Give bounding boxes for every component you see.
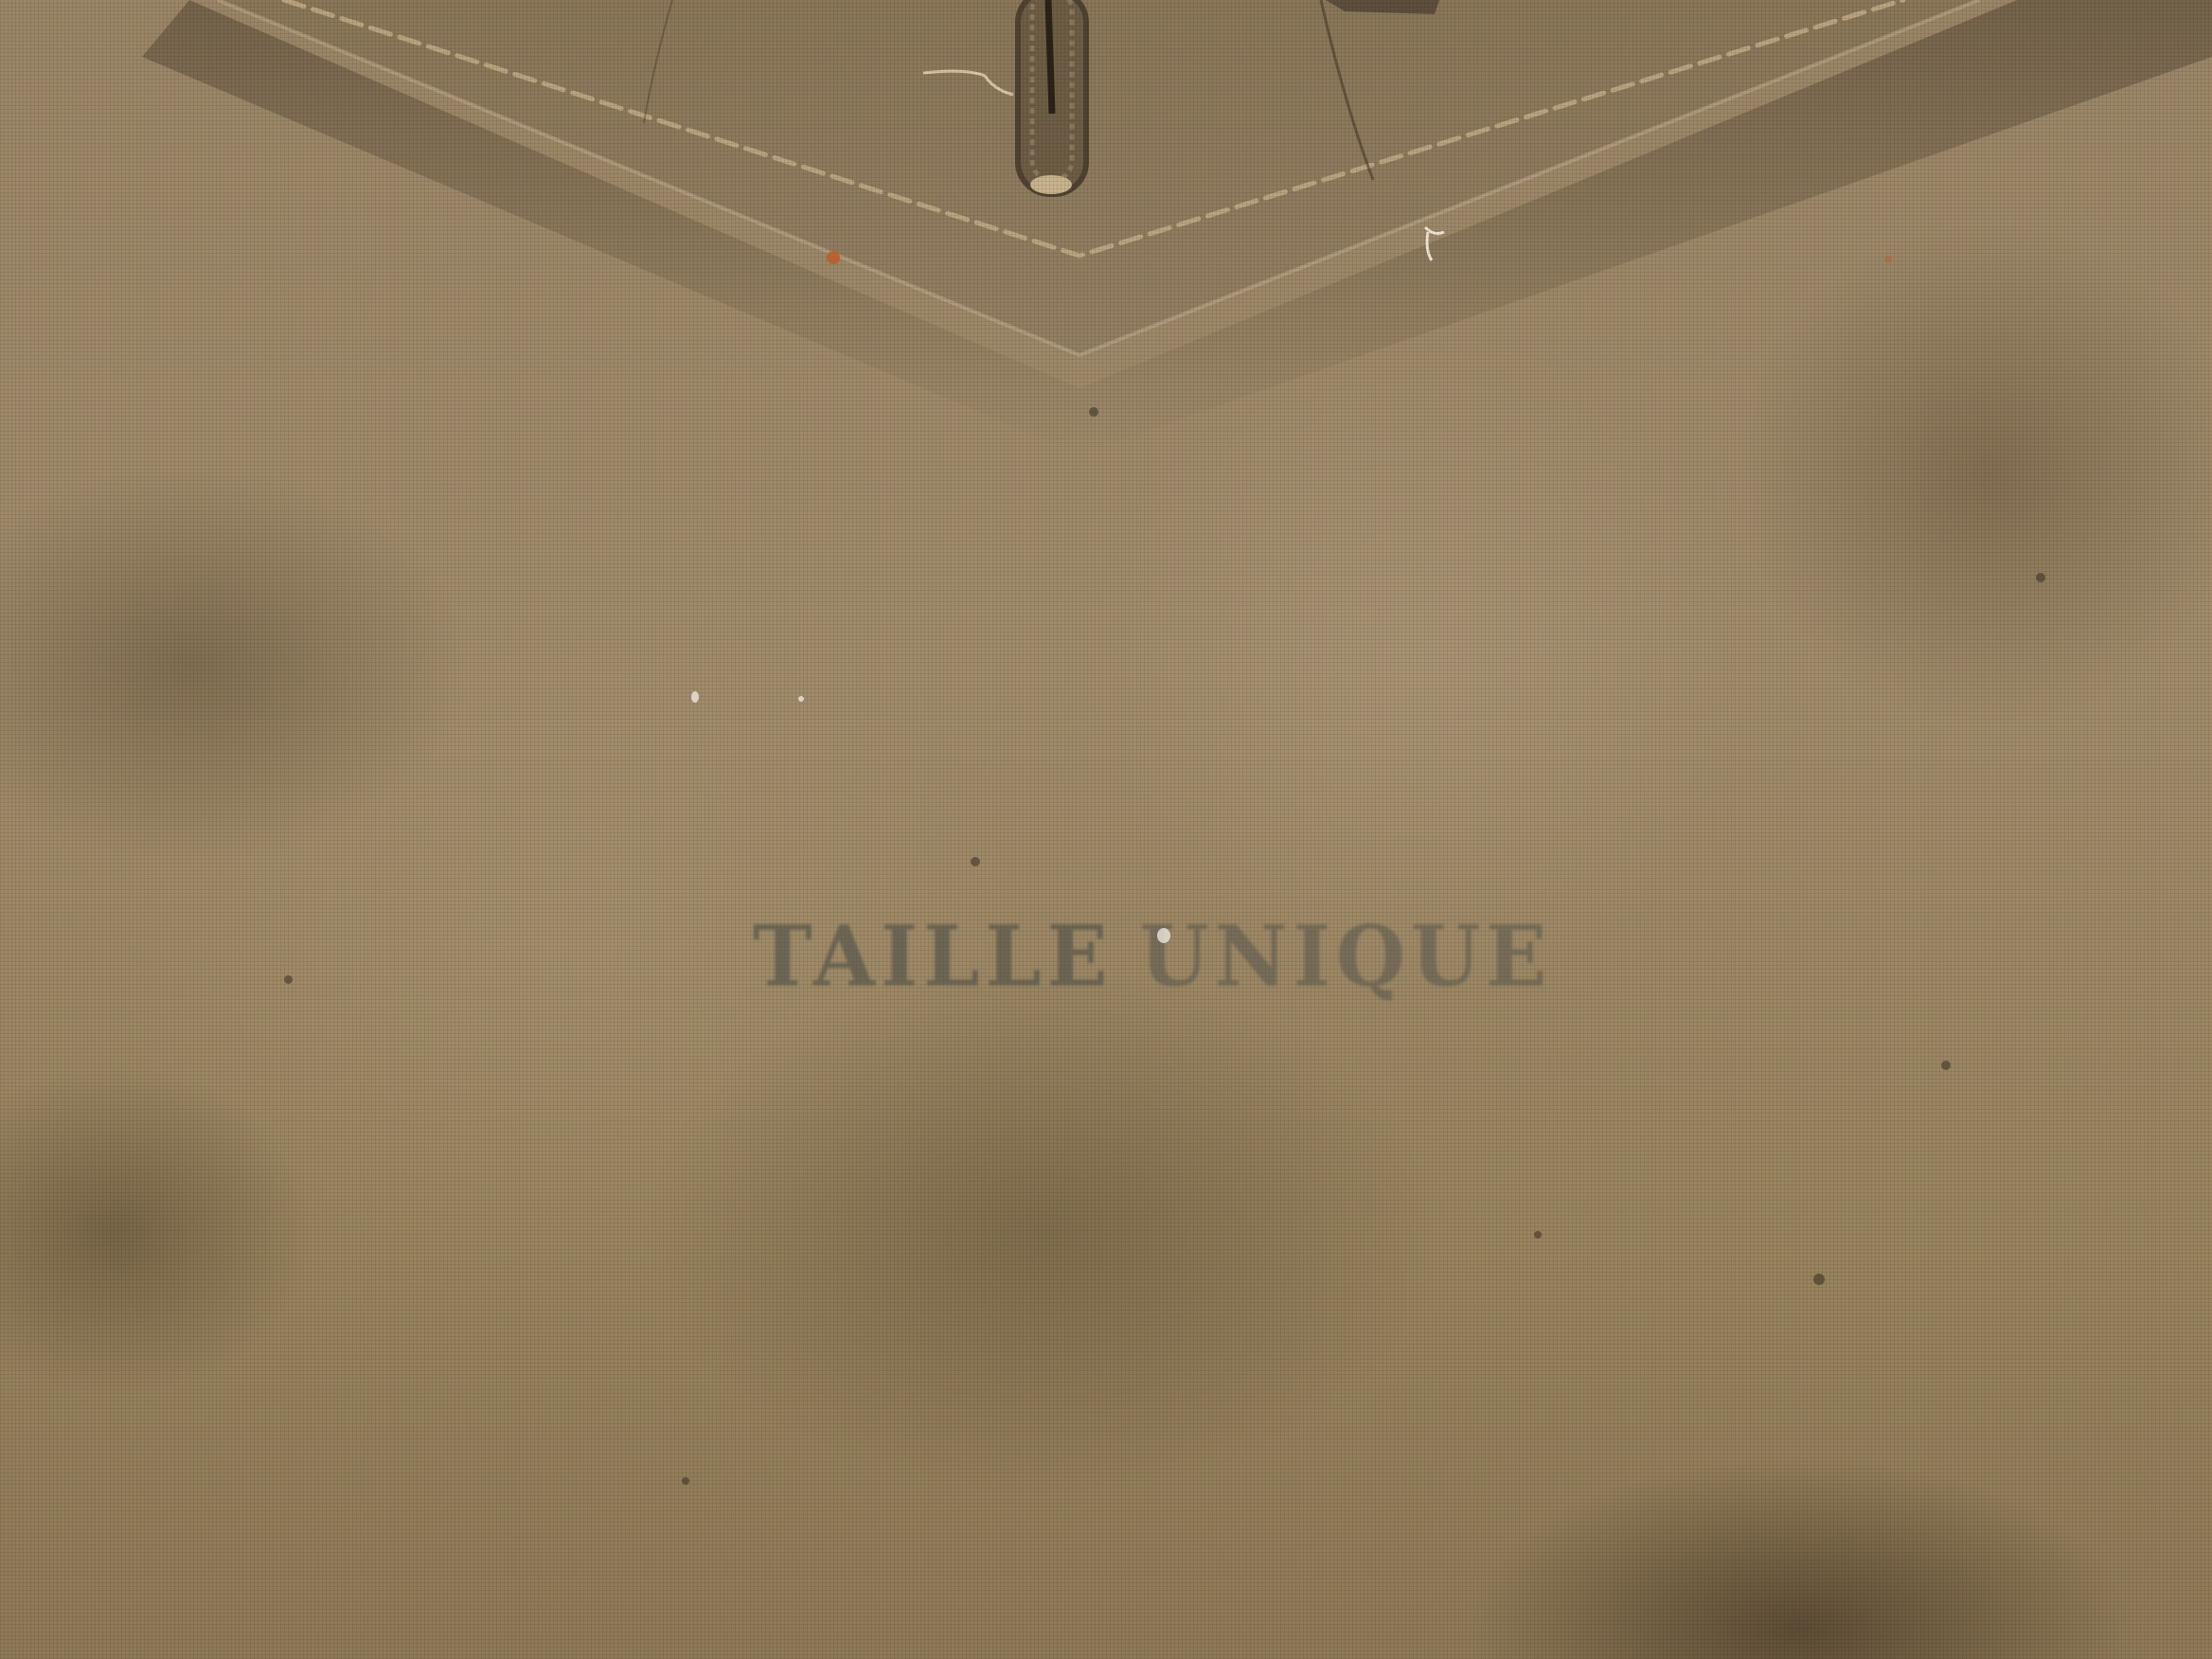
rust-spot — [827, 251, 840, 264]
dirt-speck — [2036, 573, 2045, 582]
stamp-word-1: TAILLE — [753, 907, 1114, 1006]
dirt-speck — [1813, 1274, 1825, 1285]
canvas-pocket-photo: TAILLEUNIQUE — [0, 0, 2212, 1659]
buttonhole — [1018, 0, 1086, 194]
lint-speck — [1157, 928, 1170, 943]
size-stamp: TAILLEUNIQUE — [753, 915, 1552, 998]
dirt-speck — [284, 975, 293, 984]
rust-spot — [1884, 256, 1892, 263]
dirt-speck — [971, 857, 980, 866]
dirt-speck — [1534, 1231, 1542, 1239]
dirt-speck — [682, 1477, 689, 1485]
dirt-speck — [1089, 407, 1098, 417]
dirt-speck — [1941, 1061, 1951, 1070]
lint-speck — [691, 691, 699, 703]
lint-speck — [798, 696, 804, 702]
stamp-word-2: UNIQUE — [1140, 907, 1553, 1006]
pocket-flap — [0, 0, 2212, 1659]
